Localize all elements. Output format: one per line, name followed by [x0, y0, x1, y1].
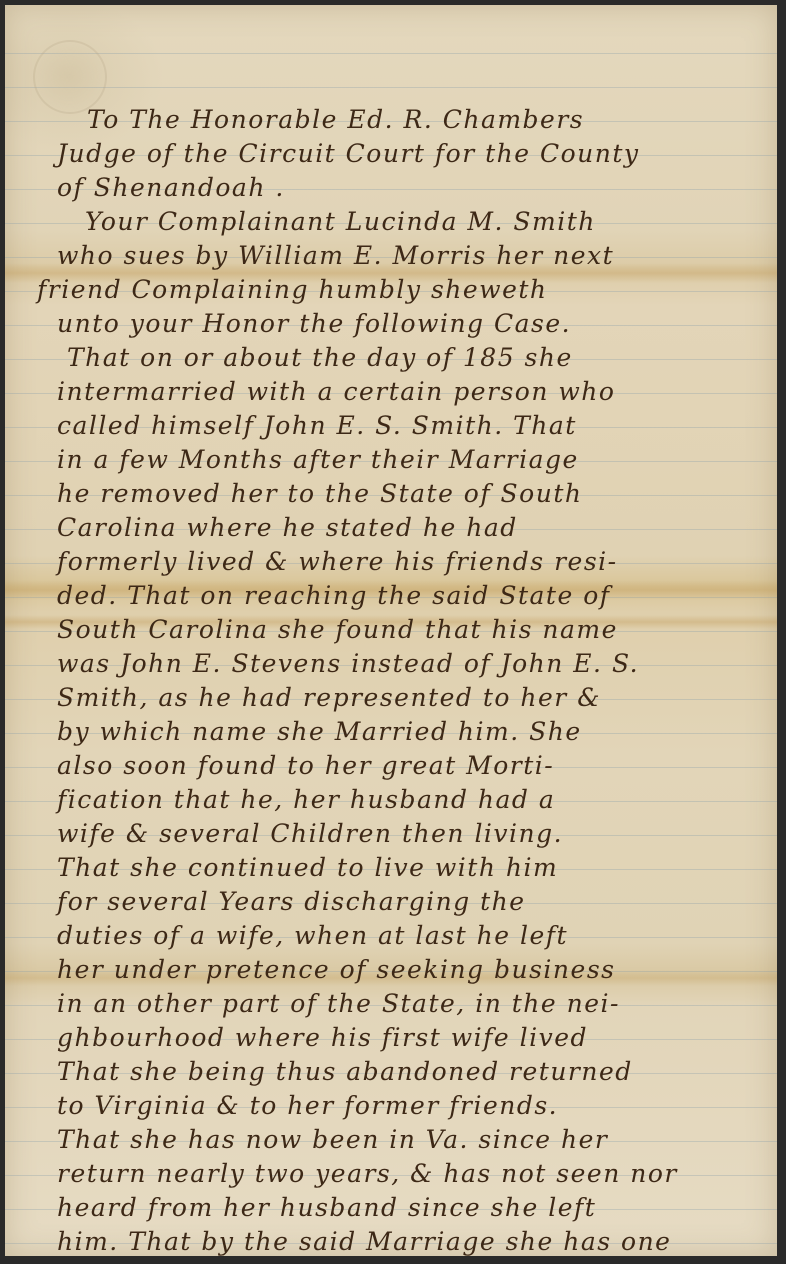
text-line: ghbourhood where his first wife lived [57, 1023, 588, 1053]
text-line: That on or about the day of 185 she [67, 343, 573, 373]
text-line: who sues by William E. Morris her next [57, 241, 614, 271]
manuscript-page: To The Honorable Ed. R. Chambers Judge o… [5, 5, 777, 1256]
handwritten-text: To The Honorable Ed. R. Chambers Judge o… [5, 5, 777, 1256]
text-line: formerly lived & where his friends resi- [57, 547, 618, 577]
text-line: for several Years discharging the [57, 887, 526, 917]
text-line: That she has now been in Va. since her [57, 1125, 608, 1155]
text-line: Carolina where he stated he had [57, 513, 518, 543]
text-line: return nearly two years, & has not seen … [57, 1159, 678, 1189]
text-line: Your Complainant Lucinda M. Smith [85, 207, 596, 237]
text-line: her under pretence of seeking business [57, 955, 615, 985]
text-line: heard from her husband since she left [57, 1193, 596, 1223]
text-line: Smith, as he had represented to her & [57, 683, 601, 713]
text-line: fication that he, her husband had a [57, 785, 555, 815]
scan-frame: To The Honorable Ed. R. Chambers Judge o… [0, 0, 786, 1264]
text-line: ded. That on reaching the said State of [57, 581, 611, 611]
text-line: to Virginia & to her former friends. [57, 1091, 558, 1121]
text-line: of Shenandoah . [57, 173, 285, 203]
text-line: him. That by the said Marriage she has o… [57, 1227, 671, 1257]
text-line: That she being thus abandoned returned [57, 1057, 633, 1087]
text-line: called himself John E. S. Smith. That [57, 411, 577, 441]
text-line: intermarried with a certain person who [57, 377, 615, 407]
text-line: by which name she Married him. She [57, 717, 582, 747]
salutation-line: To The Honorable Ed. R. Chambers [87, 105, 584, 135]
text-line: duties of a wife, when at last he left [57, 921, 568, 951]
text-line: South Carolina she found that his name [57, 615, 618, 645]
text-line: unto your Honor the following Case. [57, 309, 571, 339]
text-line: was John E. Stevens instead of John E. S… [57, 649, 639, 679]
text-line: in an other part of the State, in the ne… [57, 989, 620, 1019]
text-line: Judge of the Circuit Court for the Count… [57, 139, 640, 169]
text-line: wife & several Children then living. [57, 819, 563, 849]
text-line: That she continued to live with him [57, 853, 558, 883]
text-line: in a few Months after their Marriage [57, 445, 579, 475]
text-line: also soon found to her great Morti- [57, 751, 554, 781]
text-line: he removed her to the State of South [57, 479, 582, 509]
text-line: friend Complaining humbly sheweth [37, 275, 548, 305]
